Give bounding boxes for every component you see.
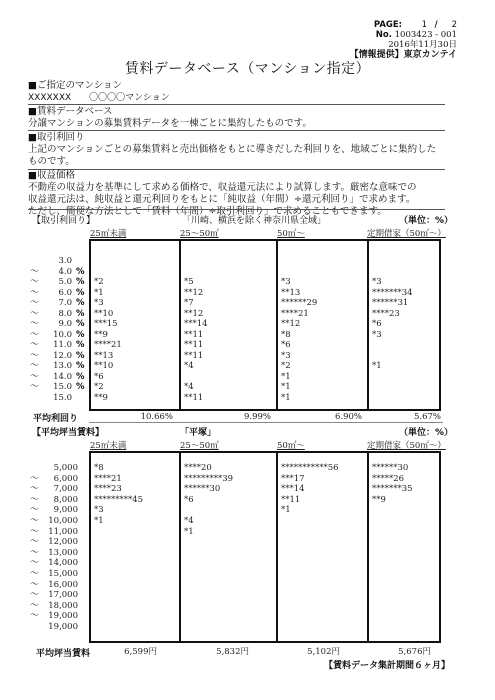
histogram-cell: *1 [281, 382, 291, 393]
doc-no-label: No. [376, 30, 392, 40]
range-value: 5.0 [58, 277, 72, 288]
divider [28, 104, 445, 105]
row-label: ～11.0 [0, 340, 72, 351]
range-value: 7,000 [54, 484, 78, 495]
range-value: 9,000 [54, 505, 78, 516]
histogram-cell: *1 [281, 372, 291, 383]
range-value: 8.0 [58, 309, 72, 320]
row-label: ～12.0 [0, 351, 72, 362]
range-value: 4.0 [58, 267, 72, 278]
percent-sign: % [76, 288, 85, 298]
histogram-cell: *5 [184, 277, 194, 288]
row-label: ～5.0 [0, 277, 72, 288]
section-specified-mansion: ■ご指定のマンション XXXXXXX 〇〇〇〇マンション [28, 80, 443, 104]
rent-table-region: 「平塚」 [180, 425, 216, 438]
rent-table-caption: 【平均坪当賃料】 [32, 425, 104, 438]
histogram-cell: ******30 [184, 484, 220, 495]
range-value: 14,000 [48, 558, 78, 569]
histogram-cell: ****20 [184, 463, 212, 474]
histogram-cell: **12 [281, 319, 300, 330]
row-label: ～13.0 [0, 361, 72, 372]
histogram-cell: **9 [94, 330, 108, 341]
range-value: 7.0 [58, 298, 72, 309]
range-tilde: ～ [30, 548, 39, 559]
histogram-cell: **9 [94, 393, 108, 404]
histogram-cell: **11 [184, 393, 203, 404]
column-header: 50㎡～ [277, 439, 305, 451]
histogram-cell: *1 [372, 361, 382, 372]
range-value: 3.0 [58, 256, 72, 267]
row-label: ～19,000 [0, 611, 78, 622]
range-value: 15,000 [48, 569, 78, 580]
row-label: ～9,000 [0, 505, 78, 516]
row-label: ～18,000 [0, 601, 78, 612]
document-number: No. 1003423 - 001 [376, 30, 457, 40]
row-label: 19,000 [0, 622, 78, 633]
row-label: ～9.0 [0, 319, 72, 330]
column-divider [367, 451, 369, 643]
row-label: ～13,000 [0, 548, 78, 559]
row-label: ～4.0 [0, 267, 72, 278]
column-divider [367, 239, 369, 411]
histogram-cell: *1 [184, 527, 194, 538]
column-header: 定期借家（50㎡～） [367, 227, 446, 239]
histogram-cell: ***14 [281, 484, 305, 495]
range-value: 18,000 [48, 601, 78, 612]
row-label: ～12,000 [0, 537, 78, 548]
range-value: 12.0 [53, 351, 72, 362]
percent-sign: % [76, 351, 85, 361]
avg-rent-label: 平均坪当賃料 [36, 646, 90, 659]
row-label: 15.0 [0, 393, 72, 404]
percent-sign: % [76, 309, 85, 319]
row-label: ～15,000 [0, 569, 78, 580]
range-value: 6,000 [54, 474, 78, 485]
histogram-cell: *4 [184, 516, 194, 527]
divider [89, 422, 443, 423]
row-label: ～10,000 [0, 516, 78, 527]
range-value: 13.0 [53, 361, 72, 372]
range-tilde: ～ [30, 537, 39, 548]
range-tilde: ～ [30, 516, 39, 527]
range-tilde: ～ [30, 298, 39, 309]
range-tilde: ～ [30, 288, 39, 299]
histogram-cell: *8 [94, 463, 104, 474]
avg-yield-value: 6.90% [276, 412, 362, 422]
range-tilde: ～ [30, 474, 39, 485]
range-tilde: ～ [30, 361, 39, 372]
range-tilde: ～ [30, 351, 39, 362]
histogram-cell: *3 [372, 277, 382, 288]
histogram-cell: ***********56 [281, 463, 339, 474]
avg-yield-value: 5.67% [367, 412, 441, 422]
range-value: 5,000 [54, 463, 78, 474]
histogram-cell: **10 [94, 361, 113, 372]
avg-yield-label: 平均利回り [33, 411, 78, 424]
column-divider [276, 239, 278, 411]
histogram-cell: ******29 [281, 298, 317, 309]
range-value: 17,000 [48, 590, 78, 601]
histogram-cell: ***15 [94, 319, 118, 330]
row-label: ～8,000 [0, 495, 78, 506]
row-label: ～14,000 [0, 558, 78, 569]
column-divider [276, 451, 278, 643]
column-header: 25～50㎡ [180, 227, 219, 239]
percent-sign: % [76, 330, 85, 340]
yield-table-region: 「川崎、横浜を除く神奈川県全域」 [182, 213, 326, 226]
range-tilde: ～ [30, 569, 39, 580]
range-value: 10,000 [48, 516, 78, 527]
row-label: ～7.0 [0, 298, 72, 309]
histogram-cell: ******31 [372, 298, 408, 309]
histogram-cell: *********45 [94, 495, 143, 506]
range-tilde: ～ [30, 505, 39, 516]
histogram-cell: *2 [281, 361, 291, 372]
section-transaction-yield: ■取引利回り 上記のマンションごとの募集賃料と売出価格をもとに導きだした利回りを… [28, 132, 443, 168]
histogram-cell: *8 [281, 330, 291, 341]
yield-table-frame [89, 239, 441, 411]
histogram-cell: *6 [281, 340, 291, 351]
percent-sign: % [76, 361, 85, 371]
histogram-cell: *1 [281, 505, 291, 516]
range-tilde: ～ [30, 580, 39, 591]
section-body-line: 不動産の収益力を基準にして求める価格で、収益還元法により試算します。厳密な意味で… [28, 182, 458, 194]
row-label: ～16,000 [0, 580, 78, 591]
percent-sign: % [76, 340, 85, 350]
divider [28, 209, 445, 210]
page-current: 1 [405, 20, 427, 30]
page-number: PAGE: 1 / 2 [374, 20, 457, 30]
mansion-name: XXXXXXX 〇〇〇〇マンション [28, 92, 443, 104]
histogram-cell: *****26 [372, 474, 404, 485]
histogram-cell: *3 [281, 277, 291, 288]
section-income-value: ■収益価格 不動産の収益力を基準にして求める価格で、収益還元法により試算します。… [28, 170, 458, 218]
range-value: 6.0 [58, 288, 72, 299]
histogram-cell: ****23 [372, 309, 400, 320]
range-value: 9.0 [58, 319, 72, 330]
column-divider [179, 239, 181, 411]
histogram-cell: ******30 [372, 463, 408, 474]
row-label: ～10.0 [0, 330, 72, 341]
range-value: 16,000 [48, 580, 78, 591]
avg-rent-value: 5,832円 [179, 645, 249, 657]
issue-date: 2016年11月30日 [388, 40, 457, 50]
page-label: PAGE: [374, 20, 402, 30]
histogram-cell: *1 [94, 516, 104, 527]
range-value: 11,000 [48, 527, 78, 538]
histogram-cell: **9 [372, 495, 386, 506]
document-title: 賃料データベース（マンション指定） [0, 58, 495, 78]
histogram-cell: **13 [94, 351, 113, 362]
range-value: 19,000 [48, 622, 78, 633]
section-body-line: 収益還元法は、純収益と還元利回りをもとに「純収益（年間）÷還元利回り」で求めます… [28, 194, 458, 206]
section-heading: ■ご指定のマンション [28, 80, 443, 92]
range-value: 10.0 [53, 330, 72, 341]
row-label: ～17,000 [0, 590, 78, 601]
column-header: 25㎡未満 [90, 439, 126, 451]
histogram-cell: *2 [94, 382, 104, 393]
range-tilde: ～ [30, 382, 39, 393]
range-tilde: ～ [30, 611, 39, 622]
histogram-cell: *1 [94, 288, 104, 299]
histogram-cell: **10 [94, 309, 113, 320]
histogram-cell: *********39 [184, 474, 233, 485]
avg-rent-value: 5,102円 [276, 645, 340, 657]
aggregation-period-note: 【賃料データ集計期間６ヶ月】 [324, 658, 450, 671]
yield-table-caption: 【取引利回り】 [32, 213, 95, 226]
histogram-cell: *4 [184, 361, 194, 372]
histogram-cell: **11 [184, 330, 203, 341]
histogram-cell: *7 [184, 298, 194, 309]
column-divider [179, 451, 181, 643]
page-total: 2 [445, 20, 457, 30]
row-label: ～7,000 [0, 484, 78, 495]
range-tilde: ～ [30, 495, 39, 506]
divider [28, 130, 445, 131]
range-value: 15.0 [53, 393, 72, 404]
range-tilde: ～ [30, 330, 39, 341]
percent-sign: % [76, 382, 85, 392]
avg-rent-value: 5,676円 [367, 645, 431, 657]
histogram-cell: **11 [184, 340, 203, 351]
row-label: ～8.0 [0, 309, 72, 320]
histogram-cell: ****21 [94, 474, 122, 485]
row-label: 3.0 [0, 256, 72, 267]
histogram-cell: *1 [281, 393, 291, 404]
range-tilde: ～ [30, 309, 39, 320]
avg-rent-value: 6,599円 [89, 645, 157, 657]
column-header: 25～50㎡ [180, 439, 219, 451]
histogram-cell: **13 [281, 288, 300, 299]
range-tilde: ～ [30, 267, 39, 278]
column-header: 25㎡未満 [90, 227, 126, 239]
histogram-cell: **11 [281, 495, 300, 506]
section-rent-database: ■賃料データベース 分譲マンションの募集賃料データを一棟ごとに集約したものです。 [28, 106, 443, 130]
histogram-cell: ****21 [94, 340, 122, 351]
percent-sign: % [76, 298, 85, 308]
range-tilde: ～ [30, 277, 39, 288]
column-header: 50㎡～ [277, 227, 305, 239]
percent-sign: % [76, 372, 85, 382]
histogram-cell: *3 [94, 505, 104, 516]
histogram-cell: **11 [184, 351, 203, 362]
doc-no: 1003423 - 001 [395, 30, 457, 40]
column-header: 定期借家（50㎡～） [367, 439, 446, 451]
histogram-cell: *3 [281, 351, 291, 362]
histogram-cell: *******34 [372, 288, 413, 299]
histogram-cell: **12 [184, 309, 203, 320]
section-heading: ■取引利回り [28, 132, 443, 144]
range-tilde: ～ [30, 340, 39, 351]
row-label: ～15.0 [0, 382, 72, 393]
range-tilde: ～ [30, 527, 39, 538]
rent-table-unit: （単位：%） [399, 425, 453, 438]
yield-table-unit: （単位：%） [399, 213, 453, 226]
range-value: 14.0 [53, 372, 72, 383]
range-value: 12,000 [48, 537, 78, 548]
range-value: 15.0 [53, 382, 72, 393]
range-tilde: ～ [30, 319, 39, 330]
range-tilde: ～ [30, 558, 39, 569]
percent-sign: % [76, 319, 85, 329]
avg-yield-value: 10.66% [89, 412, 173, 422]
range-value: 13,000 [48, 548, 78, 559]
range-value: 19,000 [48, 611, 78, 622]
range-value: 8,000 [54, 495, 78, 506]
histogram-cell: *2 [94, 277, 104, 288]
histogram-cell: *3 [94, 298, 104, 309]
histogram-cell: *6 [94, 372, 104, 383]
section-heading: ■賃料データベース [28, 106, 443, 118]
histogram-cell: *6 [184, 495, 194, 506]
percent-sign: % [76, 267, 85, 277]
range-tilde: ～ [30, 590, 39, 601]
range-tilde: ～ [30, 484, 39, 495]
percent-sign: % [76, 277, 85, 287]
range-value: 11.0 [53, 340, 72, 351]
section-body: 分譲マンションの募集賃料データを一棟ごとに集約したものです。 [28, 118, 443, 130]
histogram-cell: *******35 [372, 484, 413, 495]
row-label: 5,000 [0, 463, 78, 474]
row-label: ～6.0 [0, 288, 72, 299]
row-label: ～6,000 [0, 474, 78, 485]
histogram-cell: ***17 [281, 474, 305, 485]
histogram-cell: ***14 [184, 319, 208, 330]
histogram-cell: **12 [184, 288, 203, 299]
page-sep: / [430, 20, 442, 30]
histogram-cell: ****23 [94, 484, 122, 495]
histogram-cell: *4 [184, 382, 194, 393]
range-tilde: ～ [30, 372, 39, 383]
range-tilde: ～ [30, 601, 39, 612]
avg-yield-value: 9.99% [179, 412, 271, 422]
section-heading: ■収益価格 [28, 170, 458, 182]
histogram-cell: ****21 [281, 309, 309, 320]
section-body: 上記のマンションごとの募集賃料と売出価格をもとに導きだした利回りを、地域ごとに集… [28, 144, 443, 168]
row-label: ～14.0 [0, 372, 72, 383]
row-label: ～11,000 [0, 527, 78, 538]
histogram-cell: *3 [372, 330, 382, 341]
histogram-cell: *6 [372, 319, 382, 330]
